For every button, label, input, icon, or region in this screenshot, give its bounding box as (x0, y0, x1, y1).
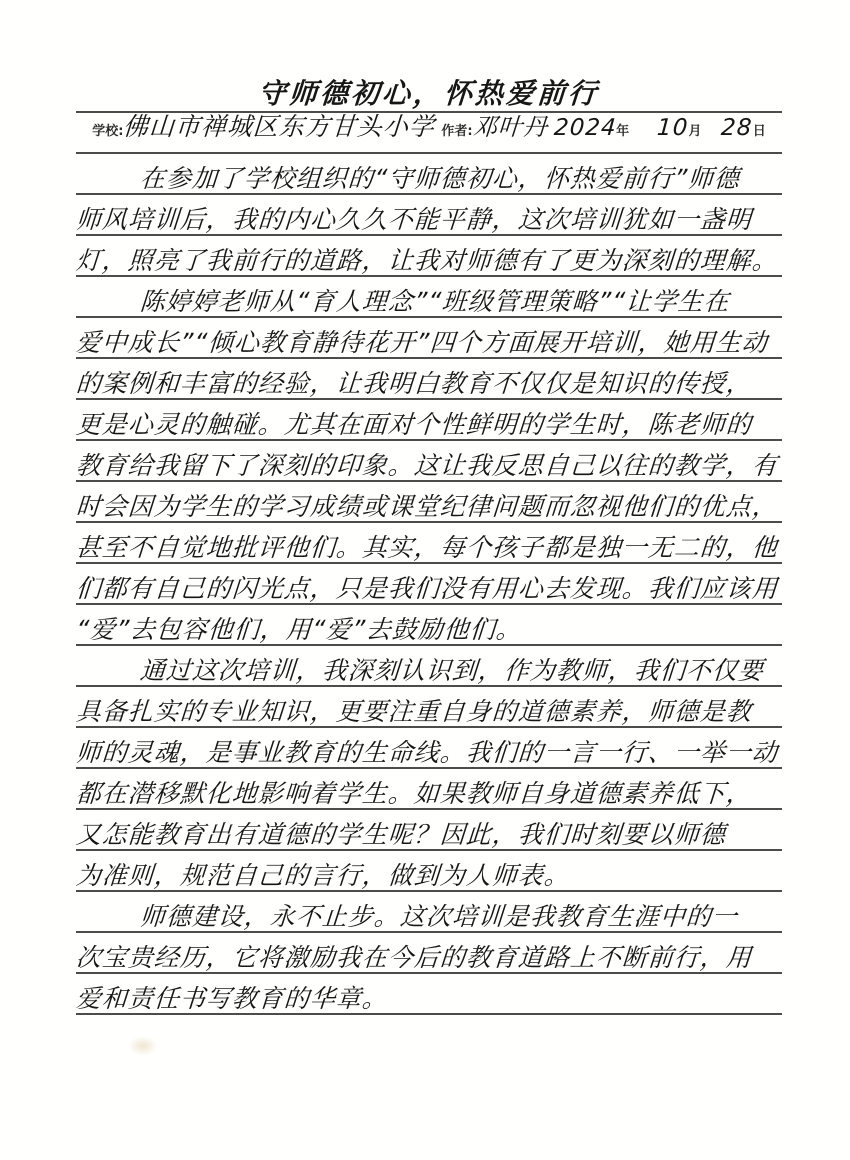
essay-line-text: 灯，照亮了我前行的道路，让我对师德有了更为深刻的理解。 (75, 247, 779, 275)
essay-line-text: 都在潜移默化地影响着学生。如果教师自身道德素养低下， (75, 780, 753, 808)
essay-line-text: 师风培训后，我的内心久久不能平静，这次培训犹如一盏明 (75, 206, 753, 234)
school-label: 学校: (92, 124, 123, 143)
essay-line-text: 师的灵魂，是事业教育的生命线。我们的一言一行、一举一动 (75, 739, 779, 767)
essay-line: 师风培训后，我的内心久久不能平静，这次培训犹如一盏明 (76, 195, 782, 236)
essay-line: 次宝贵经历，它将激励我在今后的教育道路上不断前行，用 (76, 933, 782, 974)
essay-line: 具备扎实的专业知识，更要注重自身的道德素养，师德是教 (76, 687, 782, 728)
scanned-essay-page: 守师德初心，怀热爱前行 学校: 佛山市禅城区东方甘头小学 作者: 邓叶丹 202… (0, 0, 850, 1160)
essay-line-text: 更是心灵的触碰。尤其在面对个性鲜明的学生时，陈老师的 (75, 411, 753, 439)
essay-line: 又怎能教育出有道德的学生呢？因此，我们时刻要以师德 (76, 810, 782, 851)
essay-line-text: 陈婷婷老师从“育人理念”“班级管理策略”“让学生在 (139, 288, 731, 316)
essay-line: 陈婷婷老师从“育人理念”“班级管理策略”“让学生在 (76, 277, 782, 318)
essay-line: 更是心灵的触碰。尤其在面对个性鲜明的学生时，陈老师的 (76, 400, 782, 441)
essay-line-text: 爱和责任书写教育的华章。 (75, 985, 389, 1013)
essay-line-text: 师德建设，永不止步。这次培训是我教育生涯中的一 (139, 903, 739, 931)
date-day: 28 (721, 116, 754, 141)
essay-line: 时会因为学生的学习成绩或课堂纪律问题而忽视他们的优点， (76, 482, 782, 523)
scan-smudge (128, 1036, 158, 1056)
school-name: 佛山市禅城区东方甘头小学 (122, 113, 436, 141)
essay-line-text: 甚至不自觉地批评他们。其实，每个孩子都是独一无二的，他 (75, 534, 779, 562)
date-year-suffix: 年 (616, 124, 629, 143)
essay-line: 的案例和丰富的经验，让我明白教育不仅仅是知识的传授， (76, 359, 782, 400)
date-month: 10 (656, 116, 689, 141)
essay-line: 爱和责任书写教育的华章。 (76, 974, 782, 1015)
essay-line: 师德建设，永不止步。这次培训是我教育生涯中的一 (76, 892, 782, 933)
essay-line-text: 具备扎实的专业知识，更要注重自身的道德素养，师德是教 (75, 698, 753, 726)
author-label: 作者: (441, 124, 472, 143)
date-month-suffix: 月 (688, 124, 701, 143)
essay-line: 教育给我留下了深刻的印象。这让我反思自己以往的教学，有 (76, 441, 782, 482)
essay-line-text: 爱中成长”“倾心教育静待花开”四个方面展开培训，她用生动 (75, 329, 769, 357)
date-day-suffix: 日 (753, 124, 766, 143)
title-row: 守师德初心，怀热爱前行 (76, 72, 782, 113)
essay-line: 甚至不自觉地批评他们。其实，每个孩子都是独一无二的，他 (76, 523, 782, 564)
essay-line-text: 又怎能教育出有道德的学生呢？因此，我们时刻要以师德 (75, 821, 727, 849)
essay-line: 们都有自己的闪光点，只是我们没有用心去发现。我们应该用 (76, 564, 782, 605)
essay-line: 通过这次培训，我深刻认识到，作为教师，我们不仅要 (76, 646, 782, 687)
essay-line: 为准则，规范自己的言行，做到为人师表。 (76, 851, 782, 892)
essay-body: 在参加了学校组织的“守师德初心，怀热爱前行”师德师风培训后，我的内心久久不能平静… (76, 154, 782, 1015)
essay-line: “爱”去包容他们，用“爱”去鼓励他们。 (76, 605, 782, 646)
essay-line: 在参加了学校组织的“守师德初心，怀热爱前行”师德 (76, 154, 782, 195)
essay-line-text: “爱”去包容他们，用“爱”去鼓励他们。 (75, 616, 523, 644)
essay-line-text: 的案例和丰富的经验，让我明白教育不仅仅是知识的传授， (75, 370, 753, 398)
essay-line-text: 通过这次培训，我深刻认识到，作为教师，我们不仅要 (139, 657, 765, 685)
date-year: 2024 (553, 116, 617, 141)
essay-line: 灯，照亮了我前行的道路，让我对师德有了更为深刻的理解。 (76, 236, 782, 277)
header-row: 学校: 佛山市禅城区东方甘头小学 作者: 邓叶丹 2024 年 10 月 28 … (76, 113, 782, 154)
essay-line-text: 次宝贵经历，它将激励我在今后的教育道路上不断前行，用 (75, 944, 753, 972)
essay-line-text: 为准则，规范自己的言行，做到为人师表。 (75, 862, 571, 890)
essay-line: 爱中成长”“倾心教育静待花开”四个方面展开培训，她用生动 (76, 318, 782, 359)
essay-line-text: 们都有自己的闪光点，只是我们没有用心去发现。我们应该用 (75, 575, 779, 603)
essay-line: 师的灵魂，是事业教育的生命线。我们的一言一行、一举一动 (76, 728, 782, 769)
ruled-lines-area: 守师德初心，怀热爱前行 学校: 佛山市禅城区东方甘头小学 作者: 邓叶丹 202… (76, 72, 782, 1015)
essay-line-text: 教育给我留下了深刻的印象。这让我反思自己以往的教学，有 (75, 452, 779, 480)
essay-line-text: 时会因为学生的学习成绩或课堂纪律问题而忽视他们的优点， (75, 493, 779, 521)
essay-line-text: 在参加了学校组织的“守师德初心，怀热爱前行”师德 (139, 165, 741, 193)
essay-title: 守师德初心，怀热爱前行 (257, 79, 600, 110)
essay-line: 都在潜移默化地影响着学生。如果教师自身道德素养低下， (76, 769, 782, 810)
author-name: 邓叶丹 (472, 114, 549, 140)
